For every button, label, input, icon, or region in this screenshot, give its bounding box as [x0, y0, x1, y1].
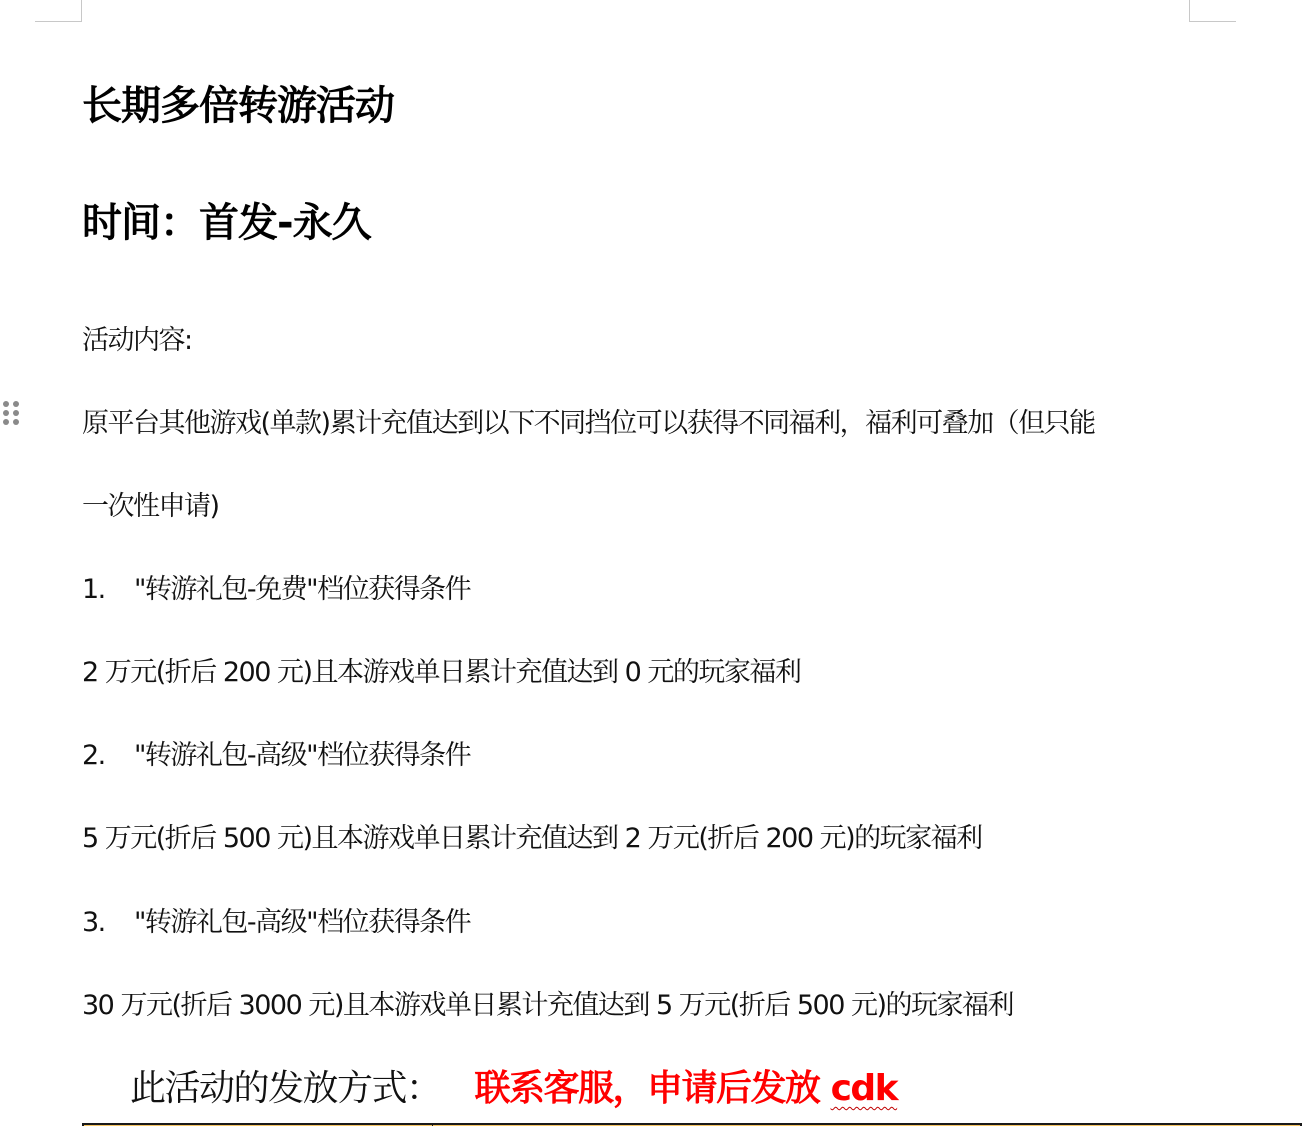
distribution-label: 此活动的发放方式：: [130, 1068, 441, 1109]
distribution-method-text: 联系客服，申请后发放: [475, 1068, 831, 1109]
page-corner-mark-top-right: [1189, 0, 1236, 22]
tier-heading-text: "转游礼包-高级"档位获得条件: [134, 907, 470, 938]
intro-paragraph-line-2: 一次性申请): [82, 484, 219, 523]
section-label: 活动内容:: [82, 318, 192, 357]
list-number: 3.: [82, 907, 134, 938]
tier-1-heading: 1."转游礼包-免费"档位获得条件: [82, 567, 470, 606]
tier-1-condition: 2 万元(折后 200 元)且本游戏单日累计充值达到 0 元的玩家福利: [82, 650, 800, 689]
tier-3-condition: 30 万元(折后 3000 元)且本游戏单日累计充值达到 5 万元(折后 500…: [82, 983, 1013, 1022]
document-title: 长期多倍转游活动: [82, 74, 394, 131]
paragraph-drag-handle-icon[interactable]: [3, 401, 19, 429]
cdk-spellcheck-word[interactable]: cdk: [831, 1068, 898, 1109]
tier-heading-text: "转游礼包-免费"档位获得条件: [134, 574, 470, 605]
tier-3-heading: 3."转游礼包-高级"档位获得条件: [82, 900, 470, 939]
intro-paragraph-line-1: 原平台其他游戏(单款)累计充值达到以下不同挡位可以获得不同福利，福利可叠加（但只…: [82, 401, 1095, 440]
distribution-method: 联系客服，申请后发放 cdk: [475, 1068, 898, 1109]
list-number: 1.: [82, 574, 134, 605]
tier-heading-text: "转游礼包-高级"档位获得条件: [134, 740, 470, 771]
distribution-method-line: 此活动的发放方式：联系客服，申请后发放 cdk: [130, 1060, 897, 1111]
list-number: 2.: [82, 740, 134, 771]
page-corner-mark-top-left: [35, 0, 82, 22]
tier-2-heading: 2."转游礼包-高级"档位获得条件: [82, 733, 470, 772]
tier-2-condition: 5 万元(折后 500 元)且本游戏单日累计充值达到 2 万元(折后 200 元…: [82, 816, 982, 855]
activity-time-heading: 时间：首发-永久: [82, 191, 371, 248]
